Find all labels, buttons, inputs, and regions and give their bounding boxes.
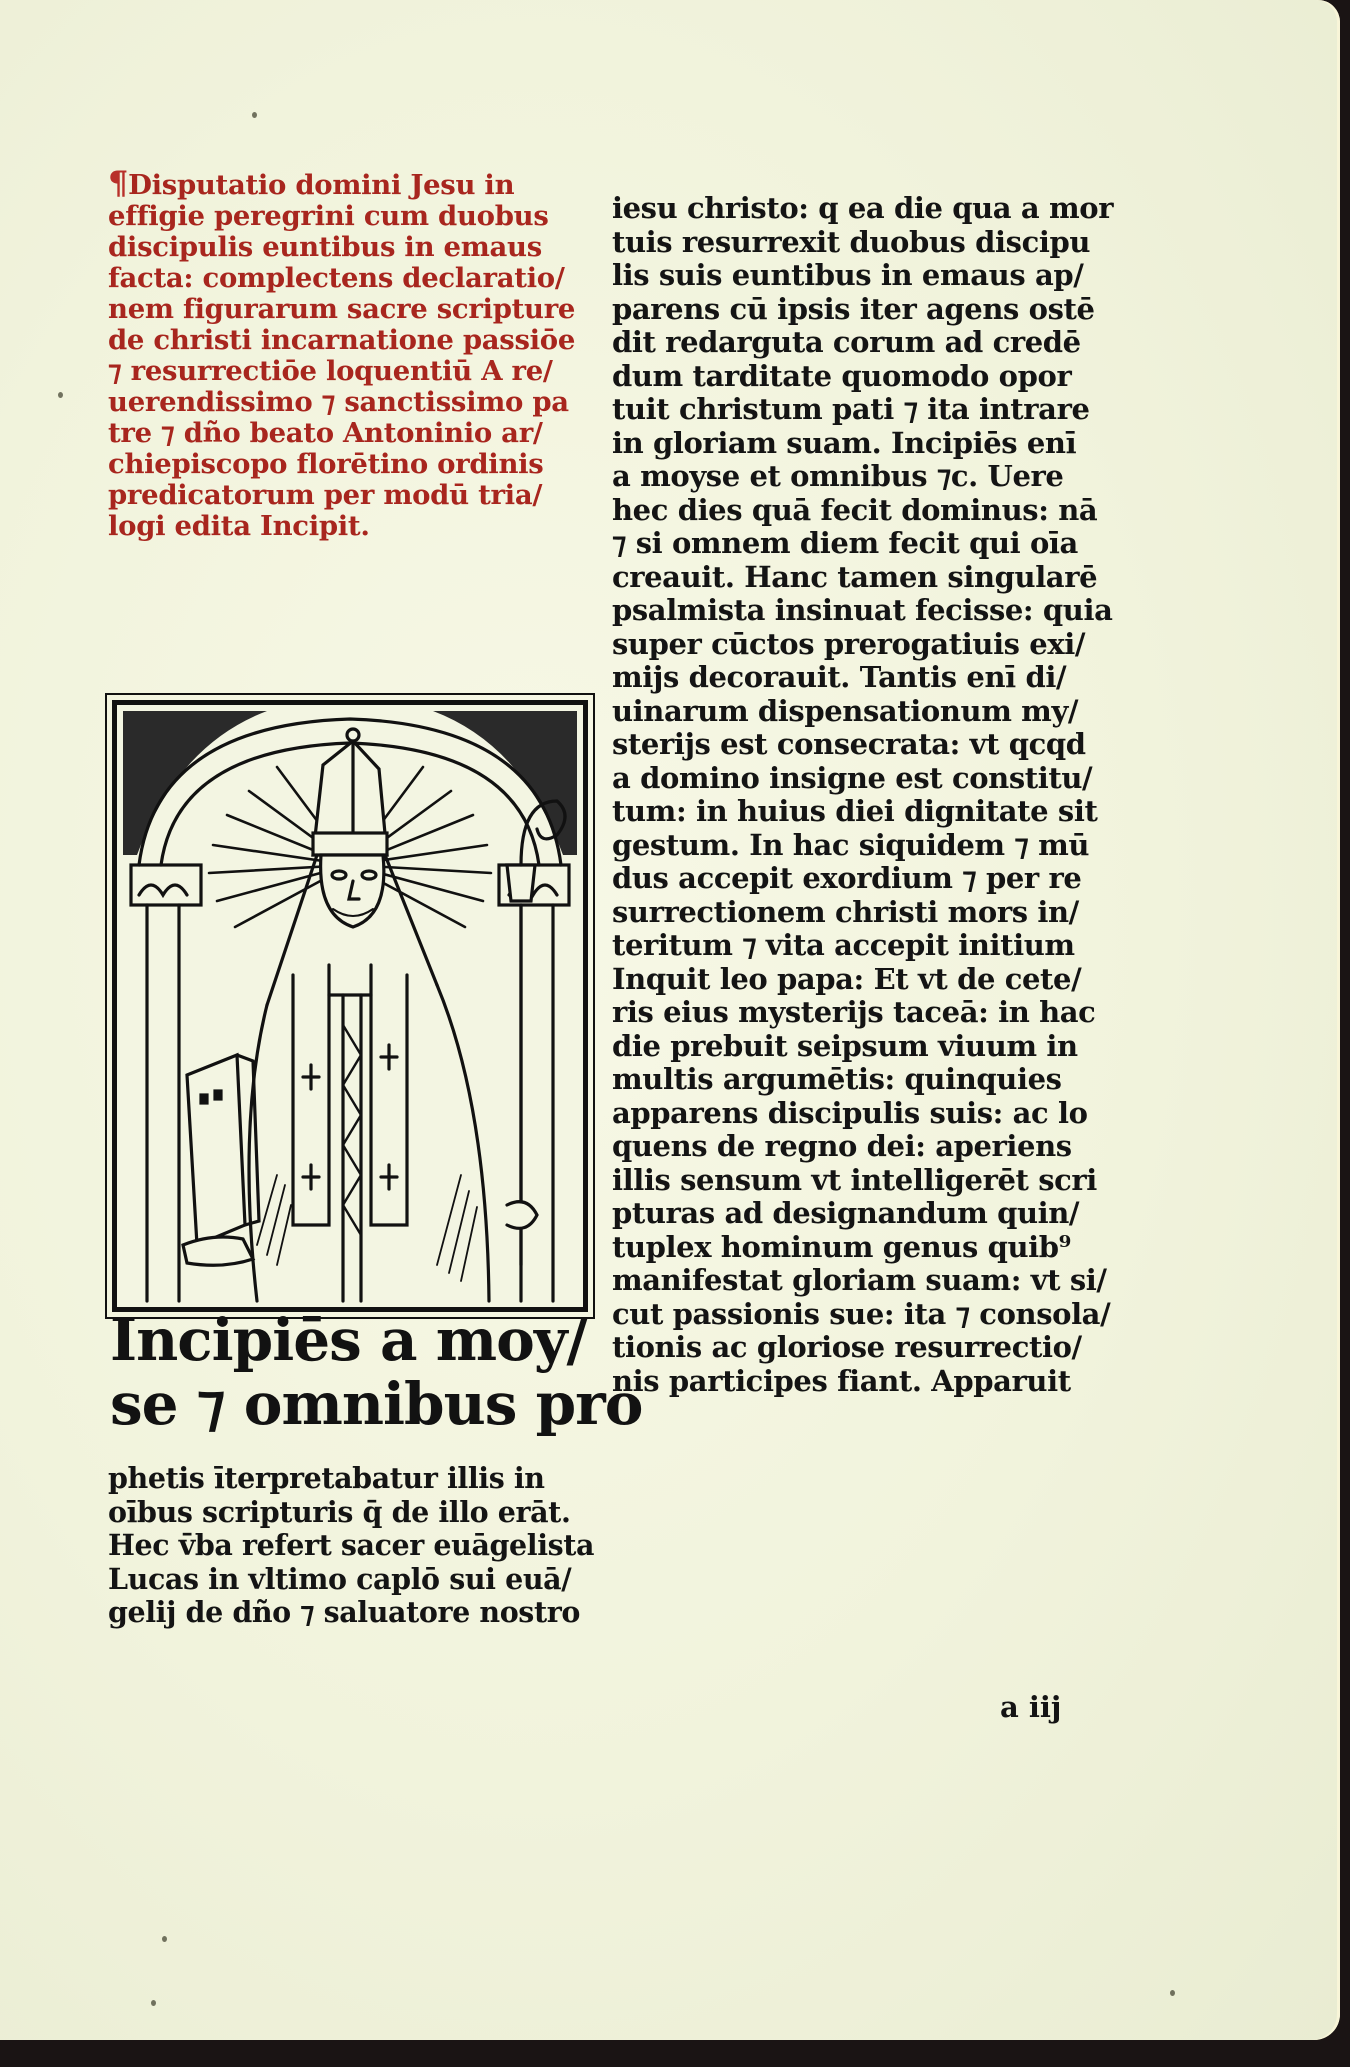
text-line: creauit. Hanc tamen singularē bbox=[612, 561, 1112, 595]
rubric-line: tre ⁊ dño beato Antoninio ar/ bbox=[108, 418, 588, 449]
text-line: multis argumētis: quinquies bbox=[612, 1063, 1112, 1097]
text-line: Lucas in vltimo caplō sui euā/ bbox=[108, 1563, 598, 1597]
text-line: iesu christo: q ea die qua a mor bbox=[612, 192, 1112, 226]
rubric-line: de christi incarnatione passiōe bbox=[108, 325, 588, 356]
text-line: dus accepit exordium ⁊ per re bbox=[612, 862, 1112, 896]
text-line: nis participes fiant. Apparuit bbox=[612, 1365, 1112, 1399]
text-line: pturas ad designandum quin/ bbox=[612, 1197, 1112, 1231]
text-line: lis suis euntibus in emaus ap/ bbox=[612, 259, 1112, 293]
ink-speck bbox=[151, 2000, 156, 2006]
rubric-line: effigie peregrini cum duobus bbox=[108, 201, 588, 232]
text-line: parens cū ipsis iter agens ostē bbox=[612, 293, 1112, 327]
text-line: uinarum dispensationum my/ bbox=[612, 695, 1112, 729]
text-line: teritum ⁊ vita accepit initium bbox=[612, 929, 1112, 963]
text-line: a moyse et omnibus ⁊c. Uere bbox=[612, 460, 1112, 494]
text-line: tuplex hominum genus quib⁹ bbox=[612, 1231, 1112, 1265]
ink-speck bbox=[1170, 1990, 1175, 1996]
woodcut-illustration bbox=[112, 700, 588, 1312]
rubric-line: chiepiscopo florētino ordinis bbox=[108, 449, 588, 480]
ink-speck bbox=[252, 112, 257, 118]
rubric-line: logi edita Incipit. bbox=[108, 511, 588, 542]
incipit-line: Incipiēs a moy/ bbox=[110, 1308, 600, 1372]
text-line: Inquit leo papa: Et vt de cete/ bbox=[612, 963, 1112, 997]
text-line: gelij de dño ⁊ saluatore nostro bbox=[108, 1596, 598, 1630]
text-line: tuis resurrexit duobus discipu bbox=[612, 226, 1112, 260]
text-line: illis sensum vt intelligerēt scri bbox=[612, 1164, 1112, 1198]
text-line: tuit christum pati ⁊ ita intrare bbox=[612, 393, 1112, 427]
signature-mark: a iij bbox=[1000, 1690, 1061, 1724]
text-line: dit redarguta corum ad credē bbox=[612, 326, 1112, 360]
text-line: a domino insigne est constitu/ bbox=[612, 762, 1112, 796]
bishop-saint-woodcut-icon bbox=[117, 705, 583, 1307]
ink-speck bbox=[58, 392, 63, 398]
text-line: ris eius mysterijs taceā: in hac bbox=[612, 996, 1112, 1030]
text-line: tionis ac gloriose resurrectio/ bbox=[612, 1331, 1112, 1365]
ink-speck bbox=[162, 1936, 167, 1942]
text-line: mijs decorauit. Tantis enī di/ bbox=[612, 661, 1112, 695]
text-line: quens de regno dei: aperiens bbox=[612, 1130, 1112, 1164]
text-line: in gloriam suam. Incipiēs enī bbox=[612, 427, 1112, 461]
incipit-line: se ⁊ omnibus pro bbox=[110, 1372, 600, 1436]
book-page: ¶Disputatio domini Jesu in effigie pereg… bbox=[0, 0, 1340, 2040]
rubric-line: ⁊ resurrectiōe loquentiū A re/ bbox=[108, 356, 588, 387]
pilcrow-icon: ¶ bbox=[108, 164, 128, 202]
rubric-heading: ¶Disputatio domini Jesu in effigie pereg… bbox=[108, 168, 588, 542]
rubric-line: uerendissimo ⁊ sanctissimo pa bbox=[108, 387, 588, 418]
text-line: oībus scripturis q̄ de illo erāt. bbox=[108, 1496, 598, 1530]
text-line: phetis īterpretabatur illis in bbox=[108, 1462, 598, 1496]
text-line: ⁊ si omnem diem fecit qui oīa bbox=[612, 527, 1112, 561]
rubric-line: predicatorum per modū tria/ bbox=[108, 480, 588, 511]
text-line: apparens discipulis suis: ac lo bbox=[612, 1097, 1112, 1131]
text-line: gestum. In hac siquidem ⁊ mū bbox=[612, 829, 1112, 863]
text-line: dum tarditate quomodo opor bbox=[612, 360, 1112, 394]
text-line: super cūctos prerogatiuis exi/ bbox=[612, 628, 1112, 662]
rubric-line: facta: complectens declaratio/ bbox=[108, 263, 588, 294]
incipit-heading: Incipiēs a moy/ se ⁊ omnibus pro bbox=[110, 1308, 600, 1436]
text-line: hec dies quā fecit dominus: nā bbox=[612, 494, 1112, 528]
text-line: psalmista insinuat fecisse: quia bbox=[612, 594, 1112, 628]
rubric-line: ¶Disputatio domini Jesu in bbox=[108, 168, 588, 201]
text-line: die prebuit seipsum viuum in bbox=[612, 1030, 1112, 1064]
rubric-line: nem figurarum sacre scripture bbox=[108, 294, 588, 325]
text-line: surrectionem christi mors in/ bbox=[612, 896, 1112, 930]
text-line: sterijs est consecrata: vt qcqd bbox=[612, 728, 1112, 762]
left-body-text: phetis īterpretabatur illis in oībus scr… bbox=[108, 1462, 598, 1630]
rubric-line: discipulis euntibus in emaus bbox=[108, 232, 588, 263]
right-column-text: iesu christo: q ea die qua a mor tuis re… bbox=[612, 192, 1112, 1398]
text-line: tum: in huius diei dignitate sit bbox=[612, 795, 1112, 829]
text-line: Hec v̄ba refert sacer euāgelista bbox=[108, 1529, 598, 1563]
text-line: manifestat gloriam suam: vt si/ bbox=[612, 1264, 1112, 1298]
text-line: cut passionis sue: ita ⁊ consola/ bbox=[612, 1298, 1112, 1332]
